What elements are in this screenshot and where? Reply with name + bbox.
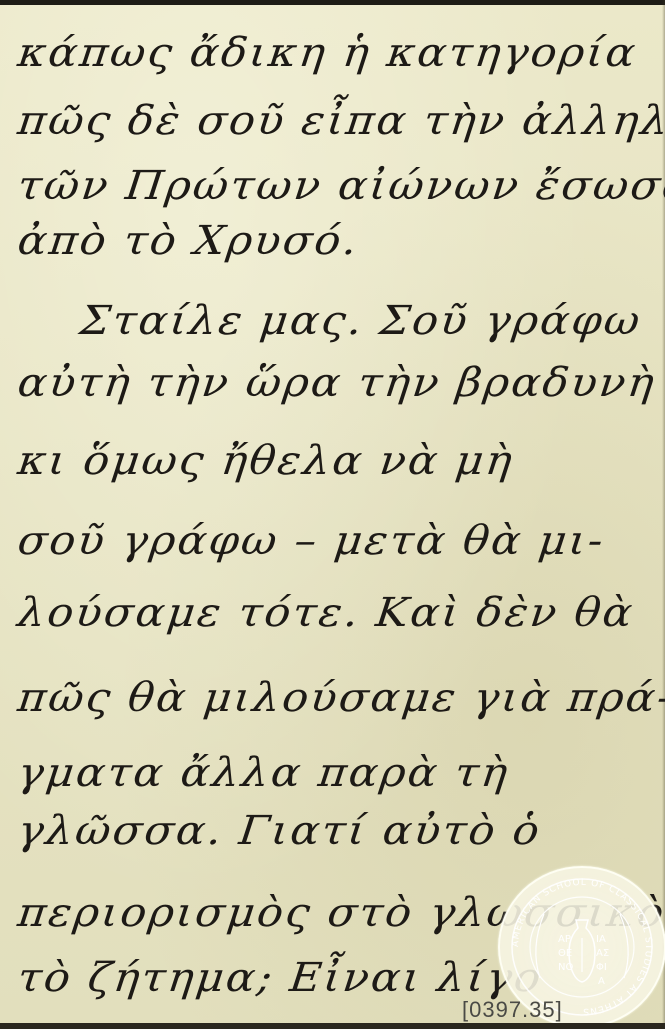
svg-text:ΦΙ: ΦΙ	[596, 962, 607, 973]
svg-text:ΑΡ: ΑΡ	[558, 934, 571, 945]
handwritten-line: τῶν Πρώτων αἰώνων ἔσωσα	[15, 163, 665, 209]
scan-edge-top	[0, 0, 665, 5]
handwritten-line: λούσαμε τότε. Καὶ δὲν θὰ	[15, 590, 636, 636]
svg-text:Α: Α	[598, 976, 605, 987]
archive-reference-label: [0397.35]	[462, 997, 563, 1023]
handwritten-line: τὸ ζήτημα; Εἶναι λίγο	[15, 955, 545, 1001]
handwritten-line: κάπως ἄδικη ἡ κατηγορία	[15, 30, 639, 76]
svg-text:ΘΕ: ΘΕ	[558, 948, 572, 959]
handwritten-line: πῶς θὰ μιλούσαμε γιὰ πρά-	[15, 675, 665, 721]
handwritten-line: γματα ἄλλα παρὰ τὴ	[15, 750, 511, 796]
letter-page: κάπως ἄδικη ἡ κατηγορία πῶς δὲ σοῦ εἶπα …	[0, 0, 665, 1029]
handwritten-line: αὐτὴ τὴν ὥρα τὴν βραδυνὴ	[15, 360, 658, 406]
handwritten-line: κι ὅμως ἤθελα νὰ μὴ	[15, 438, 516, 484]
handwritten-line: σοῦ γράφω – μετὰ θὰ μι-	[15, 518, 607, 564]
handwritten-line: ἀπὸ τὸ Χρυσό.	[15, 218, 361, 264]
svg-text:ΙΑ: ΙΑ	[596, 934, 606, 945]
handwritten-line: Σταίλε μας. Σοῦ γράφω	[77, 298, 644, 344]
scan-edge-bottom	[0, 1023, 665, 1029]
svg-text:ΝΟ: ΝΟ	[558, 962, 573, 973]
svg-text:ΑΣ: ΑΣ	[596, 948, 609, 959]
handwritten-line: πῶς δὲ σοῦ εἶπα τὴν ἀλληλογραφία	[15, 98, 665, 144]
handwritten-line: γλῶσσα. Γιατί αὐτὸ ὁ	[15, 808, 543, 854]
